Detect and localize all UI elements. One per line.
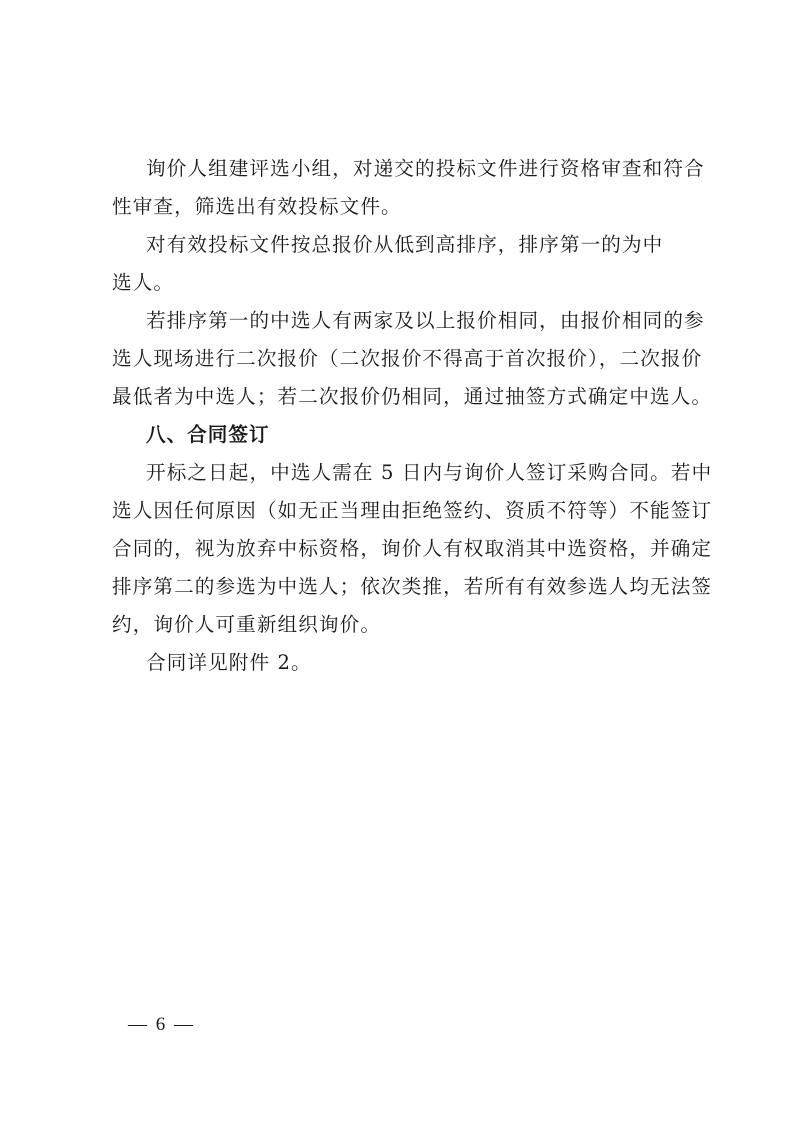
section-heading: 八、合同签订 <box>112 416 692 454</box>
paragraph-evaluation-team: 询价人组建评选小组，对递交的投标文件进行资格审查和符合 性审查，筛选出有效投标文… <box>112 150 692 226</box>
text-line: 开标之日起，中选人需在 5 日内与询价人签订采购合同。若中 <box>112 454 692 492</box>
paragraph-tie-break: 若排序第一的中选人有两家及以上报价相同，由报价相同的参 选人现场进行二次报价（二… <box>112 302 692 416</box>
text-line: 最低者为中选人；若二次报价仍相同，通过抽签方式确定中选人。 <box>112 378 692 416</box>
paragraph-attachment-note: 合同详见附件 2。 <box>112 644 692 682</box>
paragraph-ranking: 对有效投标文件按总报价从低到高排序，排序第一的为中 选人。 <box>112 226 692 302</box>
text-line: 对有效投标文件按总报价从低到高排序，排序第一的为中 <box>112 226 692 264</box>
paragraph-contract-signing: 开标之日起，中选人需在 5 日内与询价人签订采购合同。若中 选人因任何原因（如无… <box>112 454 692 644</box>
text-line: 选人现场进行二次报价（二次报价不得高于首次报价），二次报价 <box>112 340 692 378</box>
text-line: 约，询价人可重新组织询价。 <box>112 606 692 644</box>
text-line: 合同的，视为放弃中标资格，询价人有权取消其中选资格，并确定 <box>112 530 692 568</box>
text-line: 选人因任何原因（如无正当理由拒绝签约、资质不符等）不能签订 <box>112 492 692 530</box>
text-line: 询价人组建评选小组，对递交的投标文件进行资格审查和符合 <box>112 150 692 188</box>
text-line: 排序第二的参选为中选人；依次类推，若所有有效参选人均无法签 <box>112 568 692 606</box>
document-page: 询价人组建评选小组，对递交的投标文件进行资格审查和符合 性审查，筛选出有效投标文… <box>112 150 692 682</box>
text-line: 若排序第一的中选人有两家及以上报价相同，由报价相同的参 <box>112 302 692 340</box>
text-line: 合同详见附件 2。 <box>112 644 692 682</box>
text-line: 性审查，筛选出有效投标文件。 <box>112 188 692 226</box>
text-line: 选人。 <box>112 264 692 302</box>
page-number: — 6 — <box>128 1014 195 1036</box>
